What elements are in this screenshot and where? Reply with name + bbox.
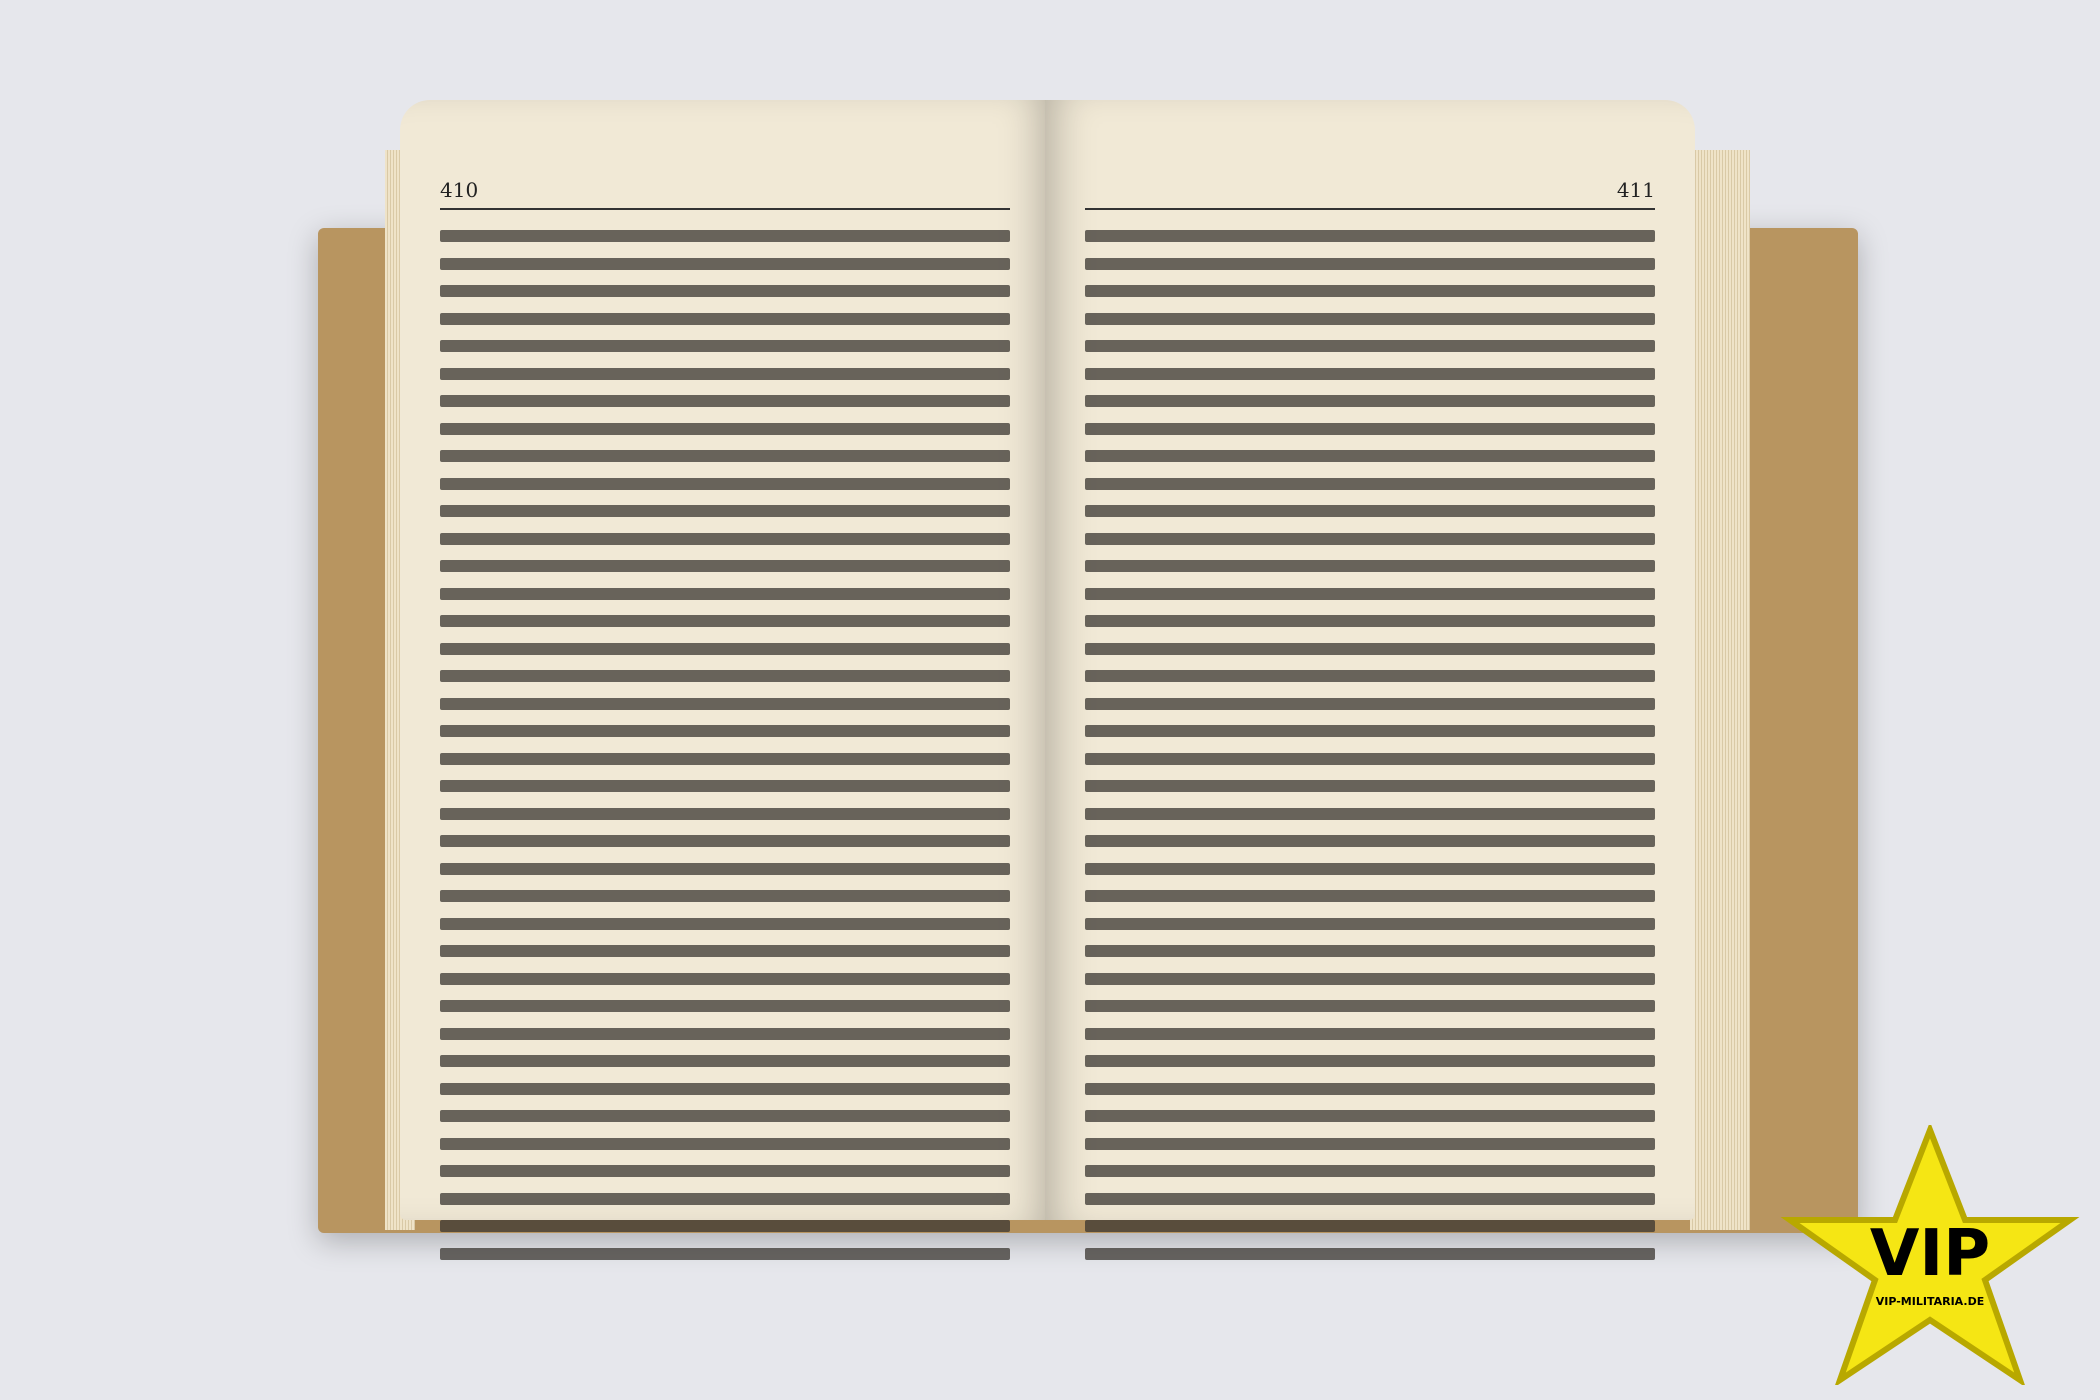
- text-line: [440, 973, 1010, 985]
- text-line: [1085, 533, 1655, 545]
- text-line: [440, 615, 1010, 627]
- vip-star-logo-icon: VIP VIP-MILITARIA.DE: [1780, 1125, 2080, 1385]
- text-line: [440, 945, 1010, 957]
- text-line: [440, 1220, 1010, 1232]
- text-line: [440, 395, 1010, 407]
- text-line: [1085, 670, 1655, 682]
- text-line: [1085, 945, 1655, 957]
- text-line: [1085, 808, 1655, 820]
- text-line: [440, 1000, 1010, 1012]
- watermark-site: VIP-MILITARIA.DE: [1876, 1295, 1984, 1308]
- text-line: [1085, 1193, 1655, 1205]
- text-line: [1085, 368, 1655, 380]
- text-line: [440, 533, 1010, 545]
- text-line: [1085, 1083, 1655, 1095]
- text-line: [440, 588, 1010, 600]
- text-line: [440, 1055, 1010, 1067]
- text-line: [440, 835, 1010, 847]
- text-line: [440, 313, 1010, 325]
- text-line: [440, 1248, 1010, 1260]
- text-line: [440, 808, 1010, 820]
- text-line: [1085, 258, 1655, 270]
- text-line: [1085, 918, 1655, 930]
- text-line: [1085, 698, 1655, 710]
- text-line: [440, 285, 1010, 297]
- text-line: [1085, 890, 1655, 902]
- page-number: 411: [1617, 178, 1655, 202]
- text-line: [440, 918, 1010, 930]
- text-line: [1085, 230, 1655, 242]
- text-line: [1085, 450, 1655, 462]
- left-page: 410: [400, 100, 1050, 1220]
- text-line: [440, 725, 1010, 737]
- text-line: [1085, 588, 1655, 600]
- text-line: [1085, 313, 1655, 325]
- text-line: [440, 478, 1010, 490]
- text-line: [1085, 753, 1655, 765]
- text-line: [440, 423, 1010, 435]
- text-line: [440, 780, 1010, 792]
- text-line: [1085, 863, 1655, 875]
- page-edges-right: [1690, 150, 1750, 1230]
- text-line: [440, 450, 1010, 462]
- text-line: [440, 505, 1010, 517]
- text-line: [1085, 285, 1655, 297]
- text-line: [1085, 1110, 1655, 1122]
- text-line: [1085, 1000, 1655, 1012]
- text-line: [440, 258, 1010, 270]
- text-line: [440, 863, 1010, 875]
- text-line: [440, 340, 1010, 352]
- right-page: 411: [1045, 100, 1695, 1220]
- text-line: [1085, 725, 1655, 737]
- left-page-header: 410: [440, 178, 1010, 210]
- right-page-header: 411: [1085, 178, 1655, 210]
- text-line: [440, 890, 1010, 902]
- text-line: [1085, 478, 1655, 490]
- text-line: [440, 1165, 1010, 1177]
- text-line: [440, 1110, 1010, 1122]
- text-line: [1085, 560, 1655, 572]
- text-line: [1085, 423, 1655, 435]
- text-line: [440, 643, 1010, 655]
- text-line: [440, 560, 1010, 572]
- page-text-block: [1085, 230, 1655, 1275]
- text-line: [1085, 1028, 1655, 1040]
- text-line: [440, 753, 1010, 765]
- watermark-label: VIP: [1870, 1217, 1990, 1291]
- text-line: [440, 1083, 1010, 1095]
- text-line: [1085, 340, 1655, 352]
- text-line: [1085, 643, 1655, 655]
- text-line: [1085, 395, 1655, 407]
- text-line: [1085, 1138, 1655, 1150]
- text-line: [1085, 1055, 1655, 1067]
- text-line: [440, 1193, 1010, 1205]
- text-line: [440, 1138, 1010, 1150]
- text-line: [440, 698, 1010, 710]
- text-line: [440, 1028, 1010, 1040]
- text-line: [1085, 615, 1655, 627]
- text-line: [1085, 835, 1655, 847]
- text-line: [440, 230, 1010, 242]
- page-number: 410: [440, 178, 478, 202]
- text-line: [1085, 1220, 1655, 1232]
- text-line: [1085, 1248, 1655, 1260]
- text-line: [440, 670, 1010, 682]
- text-line: [1085, 505, 1655, 517]
- page-text-block: [440, 230, 1010, 1275]
- text-line: [1085, 973, 1655, 985]
- text-line: [1085, 780, 1655, 792]
- text-line: [1085, 1165, 1655, 1177]
- text-line: [440, 368, 1010, 380]
